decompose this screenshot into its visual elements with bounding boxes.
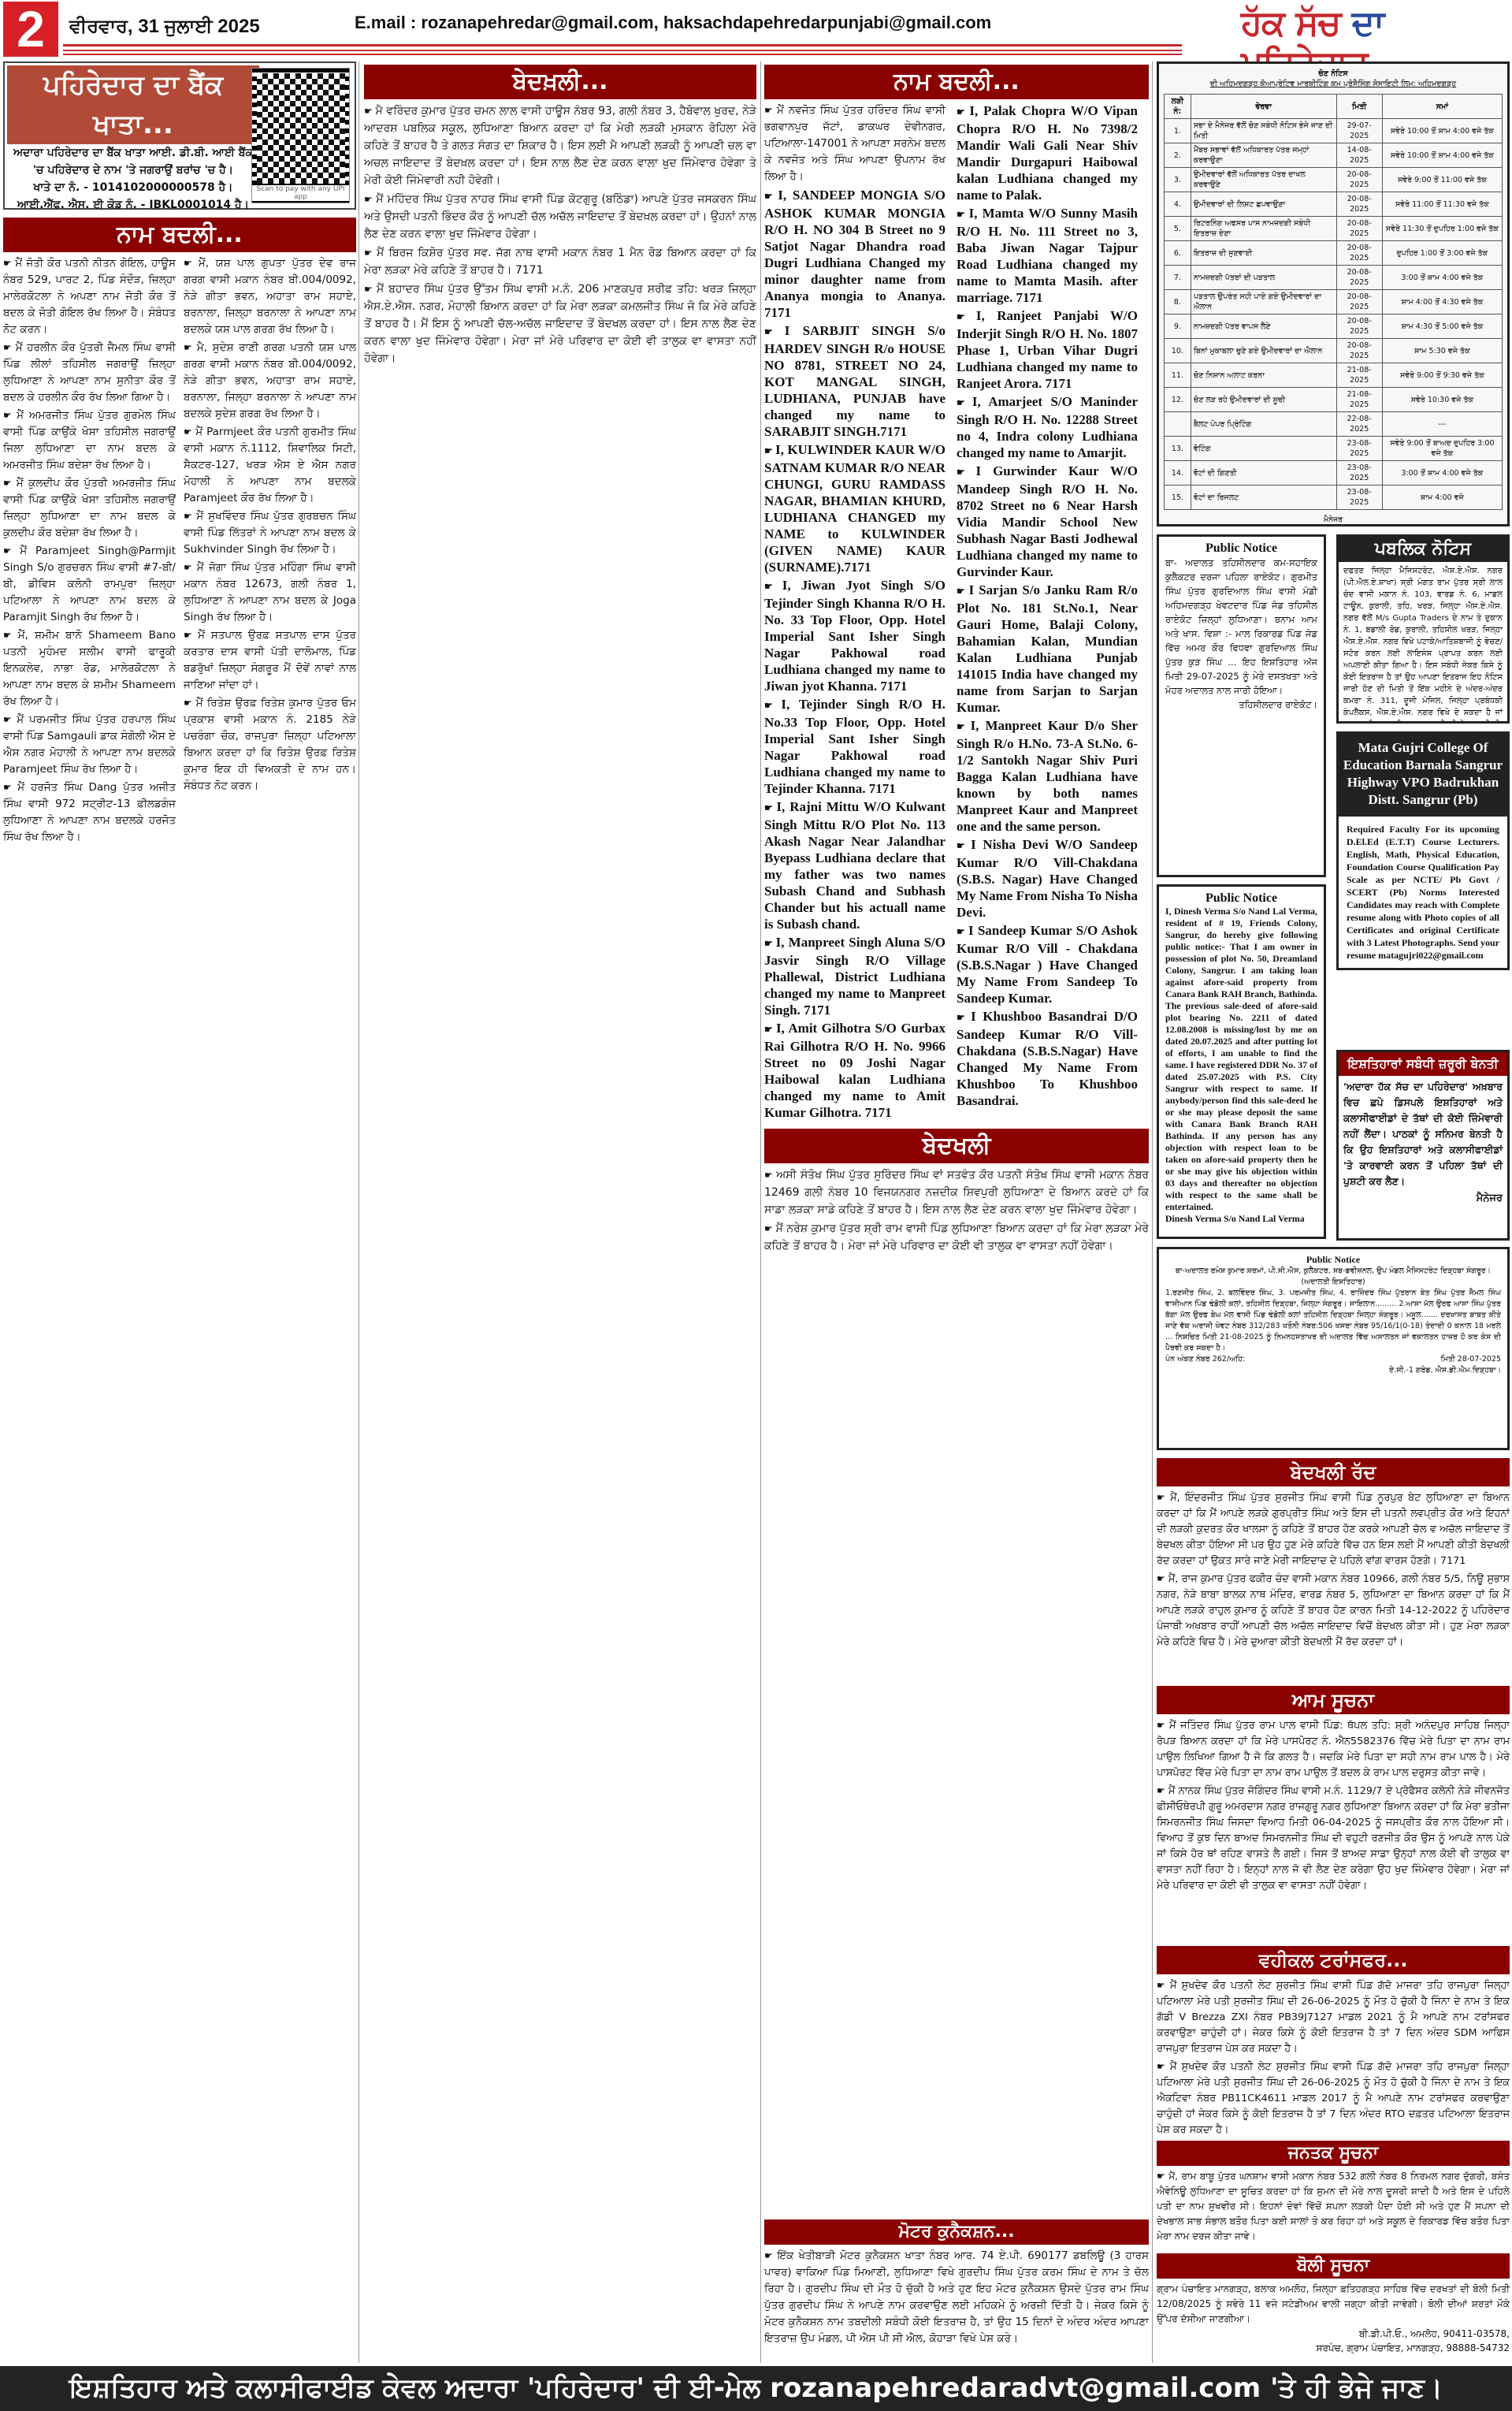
college-ad-text: Required Faculty For its upcoming D.El.E… [1336,817,1510,970]
notice-item: ਮੈਂ ਹਰਲੀਨ ਕੌਰ ਪੁੱਤਰੀ ਜੈਮਲ ਸਿੰਘ ਵਾਸੀ ਪਿੰਡ… [3,340,176,406]
table-cell: ਚੋਣ ਲੜ ਰਹੇ ਉਮੀਦਵਾਰਾਂ ਦੀ ਸੂਚੀ [1191,388,1336,412]
bank-box-title: ਪਹਿਰੇਦਾਰ ਦਾ ਬੈਂਕ ਖਾਤਾ... [7,65,259,144]
notice-item: ਇੱਕ ਖੇਤੀਬਾੜੀ ਮੋਟਰ ਕੁਨੈਕਸ਼ਨ ਖਾਤਾ ਨੰਬਰ ਆਰ.… [764,2248,1149,2347]
notice-item: ਮੈਂ, ਰਾਜ ਕੁਮਾਰ ਪੁੱਤਰ ਫਕੀਰ ਚੰਦ ਵਾਸੀ ਮਕਾਨ … [1157,1571,1510,1650]
reference-number: ਪੰਨ ਅੰਕਣ ਨੰਬਰ 262/ਅਹਿ: [1165,1354,1245,1365]
eviction-section: ਬੇਦਖ਼ਲੀ... ਮੈ ਵਰਿੰਦਰ ਕੁਮਾਰ ਪੁੱਤਰ ਚਮਨ ਲਾਲ… [364,61,756,2357]
notice-item: ਮੈਂ, ਯਸ਼ ਪਾਲ ਗੁਪਤਾ ਪੁੱਤਰ ਦੇਵ ਰਾਜ ਗਰਗ ਵਾਸ… [184,255,356,338]
name-change-right-section: ਨਾਮ ਬਦਲੀ... ਮੈਂ ਨਵਜੋਤ ਸਿੰਘ ਪੁੱਤਰ ਹਰਿੰਦਰ … [764,61,1149,1159]
name-change-col-2: I, Palak Chopra W/O Vipan Chopra R/O H. … [957,102,1138,1159]
notice-item: ਮੈਂ ਜੋਤੀ ਕੌਰ ਪਤਨੀ ਨੀਤਨ ਗੋਇਲ, ਹਾਊਸ ਨੰਬਰ 5… [3,255,176,338]
ifsc-code: ਆਈ.ਐੱਫ. ਐਸ. ਈ ਕੋਡ ਨੰ. - IBKL0001014 ਹੈ। [7,196,259,214]
footer-banner: ਇਸ਼ਤਿਹਾਰ ਅਤੇ ਕਲਾਸੀਫਾਈਡ ਕੇਵਲ ਅਦਾਰਾ 'ਪਹਿਰੇ… [0,2366,1512,2411]
table-cell: 2. [1165,143,1191,168]
election-notice-title: ਚੋਣ ਨੋਟਿਸ [1164,69,1503,79]
table-cell: 15. [1165,486,1191,510]
section-header: ਬੇਦਖਲੀ ਰੱਦ [1157,1458,1510,1486]
court-name: ਬਾ-ਅਦਾਲਤ ਰਮੇਸ਼ ਕੁਮਾਰ ਸ਼ਰਮਾਂ, ਪੀ.ਸੀ.ਐਸ, ਕ… [1165,1266,1501,1277]
election-notice-org: ਦੀ ਅਹਿਮਦਗੜ੍ਹ ਕੋਆਪ੍ਰੇਟਿਵ ਮਾਰਕੀਟਿੰਗ ਕਮ ਪ੍ਰ… [1164,79,1503,89]
table-cell: 20-08-2025 [1336,217,1382,241]
table-row: 6.ਇਤਰਾਜ਼ ਦੀ ਸੁਣਵਾਈ20-08-2025ਦੁਪਹਿਰ 1:00 … [1165,241,1503,266]
table-cell: 4. [1165,192,1191,217]
notice-signature: Dinesh Verma S/o Nand Lal Verma [1165,1213,1317,1225]
notice-item: I, Tejinder Singh R/O H. No.33 Top Floor… [764,696,945,797]
section-header: ਨਾਮ ਬਦਲੀ... [3,218,356,252]
section-header: ਬੇਦਖ਼ਲੀ... [364,65,756,99]
college-ad-title: Mata Gujri College Of Education Barnala … [1336,731,1510,817]
table-row: 1.ਸਭਾ ਦੇ ਮੈਨੇਜਰ ਵੱਲੋਂ ਚੋਣ ਸਬੰਧੀ ਨੋਟਿਸ ਭੇ… [1165,119,1503,143]
table-cell [1165,412,1191,437]
table-cell: 10. [1165,339,1191,363]
table-cell: ਬਿਨਾਂ ਮੁਕਾਬਲਾ ਚੁਣੇ ਗਏ ਉਮੀਦਵਾਰਾਂ ਦਾ ਐਲਾਨ [1191,339,1336,363]
notice-item: I, Manpreet Kaur D/o Sher Singh R/o H.No… [957,717,1138,835]
motor-connection-section: ਮੋਟਰ ਕੁਨੈਕਸ਼ਨ... ਇੱਕ ਖੇਤੀਬਾੜੀ ਮੋਟਰ ਕੁਨੈਕ… [764,2216,1149,2349]
column-divider [1152,61,1153,2363]
qr-caption: Scan to pay with any UPI app [252,185,349,201]
notice-item: I, Rajni Mittu W/O Kulwant Singh Mittu R… [764,798,945,932]
header-rule [63,44,1182,55]
table-row: 3.ਉਮੀਦਵਾਰਾਂ ਵੱਲੋਂ ਅਧਿਕਾਰਤ ਪੱਤਰ ਦਾਖਲ ਕਰਵਾ… [1165,168,1503,192]
notice-item: I, Ranjeet Panjabi W/O Inderjit Singh R/… [957,307,1138,392]
motor-list: ਇੱਕ ਖੇਤੀਬਾੜੀ ਮੋਟਰ ਕੁਨੈਕਸ਼ਨ ਖਾਤਾ ਨੰਬਰ ਆਰ.… [764,2248,1149,2349]
logo-text-left: ਹੱਕ ਸੱਚ [1241,3,1340,43]
eviction-cancel-section: ਬੇਦਖਲੀ ਰੱਦ ਮੈਂ, ਇੰਦਰਜੀਤ ਸਿੰਘ ਪੁੱਤਰ ਸੁਰਜੀ… [1157,1455,1510,1652]
account-number: ਖਾਤੇ ਦਾ ਨੰ. - 1014102000000578 ਹੈ। [7,179,259,196]
notice-item: ਮੈਂ ਅਮਰਜੀਤ ਸਿੰਘ ਪੁੱਤਰ ਗੁਰਮੇਲ ਸਿੰਘ ਵਾਸੀ ਪ… [3,407,176,474]
notice-item: I Gurwinder Kaur W/O Mandeep Singh R/O H… [957,463,1138,580]
page-number: 2 [3,2,58,57]
table-cell: ਦੁਪਹਿਰ 1:00 ਤੋਂ 3:00 ਵਜੇ ਤੱਕ [1382,241,1502,266]
table-cell: ਸਵੇਰੇ 9:00 ਤੋਂ 11:00 ਵਜੇ ਤੱਕ [1382,168,1502,192]
college-ad: Mata Gujri College Of Education Barnala … [1336,731,1510,1043]
table-row: 9.ਨਾਮਜ਼ਦਗੀ ਪੱਤਰ ਵਾਪਸ ਲੈਣੇ20-08-2025ਸ਼ਾਮ … [1165,314,1503,339]
table-cell: ਸਵੇਰੇ 9:00 ਤੋਂ ਬਾਅਦ ਦੁਪਹਿਰ 3:00 ਵਜੇ ਤੱਕ [1382,437,1502,461]
notice-item: ਮੈ ਵਰਿੰਦਰ ਕੁਮਾਰ ਪੁੱਤਰ ਚਮਨ ਲਾਲ ਵਾਸੀ ਹਾਊਸ … [364,102,756,189]
table-cell: 20-08-2025 [1336,266,1382,290]
notice-signature: ਤਹਿਸੀਲਦਾਰ ਰਾਏਕੋਟ। [1165,698,1317,712]
vehicle-transfer-section: ਵਹੀਕਲ ਟਰਾਂਸਫਰ... ਮੈਂ ਸੁਖਦੇਵ ਕੌਰ ਪਤਨੀ ਲੇਟ… [1157,1943,1510,2140]
table-row: ਬੈਲਟ ਪੇਪਰ ਪ੍ਰਿੰਟਿੰਗ22-08-2025--- [1165,412,1503,437]
notice-item: ਮੈਂ Parmjeet ਕੌਰ ਪਤਨੀ ਗੁਰਮੀਤ ਸਿੰਘ ਵਾਸੀ ਮ… [184,424,356,507]
eviction-right-section: ਬੇਦਖਲੀ ਅਸੀ ਸੰਤੋਖ ਸਿੰਘ ਪੁੱਤਰ ਸੁਰਿੰਦਰ ਸਿੰਘ… [764,1126,1149,2175]
table-cell: --- [1382,412,1502,437]
eviction-cancel-list: ਮੈਂ, ਇੰਦਰਜੀਤ ਸਿੰਘ ਪੁੱਤਰ ਸੁਰਜੀਤ ਸਿੰਘ ਵਾਸੀ… [1157,1490,1510,1652]
column-divider [358,61,359,2363]
notice-title: ਪਬਲਿਕ ਨੋਟਿਸ [1339,537,1507,562]
notice-item: ਮੈਂ ਜਤਿੰਦਰ ਸਿੰਘ ਪੁੱਤਰ ਰਾਮ ਪਾਲ ਵਾਸੀ ਪਿੰਡ:… [1157,1717,1510,1781]
table-row: 5.ਰਿਟਰਨਿੰਗ ਅਫਸਰ ਪਾਸ ਨਾਮਜ਼ਦਗੀ ਸਬੰਧੀ ਇਤਰਾਜ… [1165,217,1503,241]
notice-item: ਮੈਂ ਜੋਗਾ ਸਿੰਘ ਪੁੱਤਰ ਮਹਿੰਗਾ ਸਿੰਘ ਵਾਸੀ ਮਕਾ… [184,560,356,626]
table-cell: 1. [1165,119,1191,143]
signoff: ਮੈਨੇਜਰ [1339,1192,1507,1204]
notice-item: I, Mamta W/O Sunny Masih R/O H. No. 111 … [957,205,1138,306]
table-row: 13.ਵੋਟਿੰਗ23-08-2025ਸਵੇਰੇ 9:00 ਤੋਂ ਬਾਅਦ ਦ… [1165,437,1503,461]
notice-item: ਮੈਂ ਸੁਖਦੇਵ ਕੌਰ ਪਤਨੀ ਲੇਟ ਸੁਰਜੀਤ ਸਿੰਘ ਵਾਸੀ… [1157,2059,1510,2138]
table-cell: ਵੋਟਿੰਗ [1191,437,1336,461]
table-cell: 5. [1165,217,1191,241]
eviction-list: ਅਸੀ ਸੰਤੋਖ ਸਿੰਘ ਪੁੱਤਰ ਸੁਰਿੰਦਰ ਸਿੰਘ ਵਾਂ ਸਤ… [764,1166,1149,2175]
table-cell: 23-08-2025 [1336,486,1382,510]
table-cell: 3:00 ਤੋਂ ਸ਼ਾਮ 4:00 ਵਜੇ ਤੱਕ [1382,266,1502,290]
table-cell: ਸ਼ਾਮ 4:00 ਤੋਂ 4:30 ਵਜੇ ਤੱਕ [1382,290,1502,314]
section-header: ਨਾਮ ਬਦਲੀ... [764,65,1149,99]
auction-text: ਗ੍ਰਾਮ ਪੰਚਾਇਤ ਮਾਨਗੜ੍ਹ, ਬਲਾਕ ਅਮਲੋਹ, ਜਿਲ੍ਹਾ… [1157,2282,1510,2327]
notice-item: I, Jiwan Jyot Singh S/O Tejinder Singh K… [764,577,945,694]
notice-title: Public Notice [1165,891,1317,906]
table-cell: 9. [1165,314,1191,339]
table-cell: 3:00 ਤੋਂ ਸ਼ਾਮ 4:00 ਵਜੇ ਤੱਕ [1382,461,1502,486]
table-cell: ਸ਼ਾਮ 4:30 ਤੋਂ 5:00 ਵਜੇ ਤੱਕ [1382,314,1502,339]
notice-item: ਮੈਂ ਨਵਜੋਤ ਸਿੰਘ ਪੁੱਤਰ ਹਰਿੰਦਰ ਸਿੰਘ ਵਾਸੀ ਭਗ… [764,102,945,185]
upi-qr-code[interactable]: Scan to pay with any UPI app [251,68,350,203]
notice-item: I, SANDEEP MONGIA S/O ASHOK KUMAR MONGIA… [764,187,945,321]
notice-item: ਮੈਂ, ਇੰਦਰਜੀਤ ਸਿੰਘ ਪੁੱਤਰ ਸੁਰਜੀਤ ਸਿੰਘ ਵਾਸੀ… [1157,1490,1510,1569]
table-cell: ਸਵੇਰੇ 11:00 ਤੋਂ 11:30 ਵਜੇ ਤੱਕ [1382,192,1502,217]
table-cell: ਸਵੇਰੇ 10:00 ਤੋਂ ਸ਼ਾਮ 4:00 ਵਜੇ ਤੱਕ [1382,143,1502,168]
section-header: ਬੇਦਖਲੀ [764,1129,1149,1163]
table-cell: 21-08-2025 [1336,363,1382,388]
notice-item: I Khushboo Basandrai D/O Sandeep Kumar R… [957,1008,1138,1109]
notice-item: I SARBJIT SINGH S/o HARDEV SINGH R/o HOU… [764,322,945,440]
table-header: ਸਮਾਂ [1382,95,1502,119]
table-cell: 7. [1165,266,1191,290]
notice-item: ਮੈਂ ਨਰੇਸ਼ ਕੁਮਾਰ ਪੁੱਤਰ ਸ਼੍ਰੀ ਰਾਮ ਵਾਸੀ ਪਿੰ… [764,1220,1149,1255]
table-cell: 22-08-2025 [1336,412,1382,437]
notice-item: I Sarjan S/o Janku Ram R/o Plot No. 181 … [957,582,1138,716]
table-cell: ਬੈਲਟ ਪੇਪਰ ਪ੍ਰਿੰਟਿੰਗ [1191,412,1336,437]
bank-account-box: ਪਹਿਰੇਦਾਰ ਦਾ ਬੈਂਕ ਖਾਤਾ... ਅਦਾਰਾ ਪਹਿਰੇਦਾਰ … [3,61,356,210]
public-notice-tehsildar: Public Notice ਬਾ- ਅਦਾਲਤ ਤਹਿਸੀਲਦਾਰ ਕਮ-ਸਹਾ… [1157,534,1326,877]
table-cell: ਮੈਂਬਰ ਸਭਾਵਾਂ ਵੱਲੋਂ ਅਧਿਕਾਰਤ ਪੱਤਰ ਜਮ੍ਹਾਂ ਕ… [1191,143,1336,168]
notice-item: ਮੈਂ Paramjeet Singh@Parmjit Singh S/o ਗੁ… [3,543,176,626]
table-cell: 20-08-2025 [1336,290,1382,314]
table-header: ਮਿਤੀ [1336,95,1382,119]
notice-item: I Nisha Devi W/O Sandeep Kumar R/O Vill-… [957,836,1138,921]
notice-item: I, Amarjeet S/O Maninder Singh R/O H. No… [957,393,1138,461]
issue-date: ਵੀਰਵਾਰ, 31 ਜੁਲਾਈ 2025 [69,16,260,38]
notice-item: I Sandeep Kumar S/O Ashok Kumar R/O Vill… [957,922,1138,1006]
public-notice-dinesh: Public Notice I, Dinesh Verma S/o Nand L… [1157,884,1326,1239]
notice-item: ਮੈਂ ਹਰਜੋਤ ਸਿੰਘ Dang ਪੁੱਤਰ ਅਜੀਤ ਸਿੰਘ ਵਾਸੀ… [3,779,176,846]
table-header: ਲੜੀ ਨੰ: [1165,95,1191,119]
table-row: 11.ਚੋਣ ਨਿਸ਼ਾਨ ਅਲਾਟ ਕਰਨਾ21-08-2025ਸਵੇਰੇ 9… [1165,363,1503,388]
notice-text: ਦਫਤਰ ਜਿਲ੍ਹਾ ਮੈਜਿਸਟਰੇਟ, ਐਸ.ਏ.ਐਸ. ਨਗਰ (ਪੀ.… [1339,562,1507,724]
table-cell: ਨਾਮਜ਼ਦਗੀ ਪੱਤਰਾਂ ਦੀ ਪੜਤਾਲ [1191,266,1336,290]
public-notice-punjabi: ਪਬਲਿਕ ਨੋਟਿਸ ਦਫਤਰ ਜਿਲ੍ਹਾ ਮੈਜਿਸਟਰੇਟ, ਐਸ.ਏ.… [1336,534,1510,724]
notice-item: ਮੈਂ, ਸ਼ਮੀਮ ਬਾਨੋ Shameem Bano ਪਤਨੀ ਮੁਹੰਮਦ… [3,627,176,710]
eviction-list: ਮੈ ਵਰਿੰਦਰ ਕੁਮਾਰ ਪੁੱਤਰ ਚਮਨ ਲਾਲ ਵਾਸੀ ਹਾਊਸ … [364,102,756,2357]
table-cell: 20-08-2025 [1336,314,1382,339]
masthead: 2 ਵੀਰਵਾਰ, 31 ਜੁਲਾਈ 2025 E.mail : rozanap… [0,0,1512,57]
name-change-left-section: ਨਾਮ ਬਦਲੀ... ਮੈਂ ਜੋਤੀ ਕੌਰ ਪਤਨੀ ਨੀਤਨ ਗੋਇਲ,… [3,214,356,2399]
table-cell: ਸਵੇਰੇ 10:00 ਤੋਂ ਸ਼ਾਮ 4:00 ਵਜੇ ਤੱਕ [1382,119,1502,143]
table-row: 4.ਉਮੀਦਵਾਰਾਂ ਦੀ ਲਿਸਟ ਛਪਵਾਉਣਾ20-08-2025ਸਵੇ… [1165,192,1503,217]
table-cell: ਵੋਟਾਂ ਦੀ ਗਿਣਤੀ [1191,461,1336,486]
notice-signature: ਏ.ਸੀ.-1 ਗਰੇਡ, ਐਸ.ਡੀ.ਐਮ.ਦਿੜ੍ਹਬਾ। [1165,1365,1501,1376]
public-info-list: ਮੈਂ, ਰਾਮ ਬਾਬੂ ਪੁੱਤਰ ਘਨਸ਼ਾਮ ਵਾਸੀ ਮਕਾਨ ਨੰਬ… [1157,2169,1510,2245]
table-row: 12.ਚੋਣ ਲੜ ਰਹੇ ਉਮੀਦਵਾਰਾਂ ਦੀ ਸੂਚੀ21-08-202… [1165,388,1503,412]
notice-item: I, Palak Chopra W/O Vipan Chopra R/O H. … [957,102,1138,203]
notice-date: ਮਿਤੀ 28-07-2025 [1441,1354,1501,1365]
public-info-section: ਜਨਤਕ ਸੂਚਨਾ ਮੈਂ, ਰਾਮ ਬਾਬੂ ਪੁੱਤਰ ਘਨਸ਼ਾਮ ਵਾ… [1157,2138,1510,2245]
notice-item: ਮੈਂ ਨਾਨਕ ਸਿੰਘ ਪੁੱਤਰ ਜੋਗਿੰਦਰ ਸਿੰਘ ਵਾਸੀ ਮ.… [1157,1783,1510,1894]
court-notice: Public Notice ਬਾ-ਅਦਾਲਤ ਰਮੇਸ਼ ਕੁਮਾਰ ਸ਼ਰਮਾ… [1157,1247,1510,1450]
contact-email[interactable]: E.mail : rozanapehredar@gmail.com, haksa… [355,13,991,33]
election-table-body: 1.ਸਭਾ ਦੇ ਮੈਨੇਜਰ ਵੱਲੋਂ ਚੋਣ ਸਬੰਧੀ ਨੋਟਿਸ ਭੇ… [1165,119,1503,510]
logo-khanda-icon: ਦਾ [1352,3,1384,43]
table-row: 8.ਪੜਤਾਲ ਉਪਰੰਤ ਸਹੀ ਪਾਏ ਗਏ ਉਮੀਦਵਾਰਾਂ ਦਾ ਐਲ… [1165,290,1503,314]
table-cell: 20-08-2025 [1336,241,1382,266]
table-cell: 29-07-2025 [1336,119,1382,143]
table-cell: 6. [1165,241,1191,266]
table-cell: ਸ਼ਾਮ 4:00 ਵਜੇ [1382,486,1502,510]
election-notice: ਚੋਣ ਨੋਟਿਸ ਦੀ ਅਹਿਮਦਗੜ੍ਹ ਕੋਆਪ੍ਰੇਟਿਵ ਮਾਰਕੀਟ… [1157,61,1510,526]
section-header: ਇਸ਼ਤਿਹਾਰਾਂ ਸਬੰਧੀ ਜ਼ਰੂਰੀ ਬੇਨਤੀ [1339,1052,1507,1076]
auction-info-section: ਬੋਲੀ ਸੂਚਨਾ ਗ੍ਰਾਮ ਪੰਚਾਇਤ ਮਾਨਗੜ੍ਹ, ਬਲਾਕ ਅਮ… [1157,2250,1510,2355]
notice-item: ਮੈ, ਸੁਦੇਸ਼ ਰਾਣੀ ਗਰਗ ਪਤਨੀ ਯਸ਼ ਪਾਲ ਗਰਗ ਵਾਸ… [184,340,356,422]
table-cell: ਰਿਟਰਨਿੰਗ ਅਫਸਰ ਪਾਸ ਨਾਮਜ਼ਦਗੀ ਸਬੰਧੀ ਇਤਰਾਜ਼ … [1191,217,1336,241]
notice-item: ਮੈਂ ਕੁਲਦੀਪ ਕੌਰ ਪੁੱਤਰੀ ਅਮਰਜੀਤ ਸਿੰਘ ਵਾਸੀ ਪ… [3,475,176,541]
table-cell: ਸਭਾ ਦੇ ਮੈਨੇਜਰ ਵੱਲੋਂ ਚੋਣ ਸਬੰਧੀ ਨੋਟਿਸ ਭੇਜੇ… [1191,119,1336,143]
name-change-col-1: ਮੈਂ ਜੋਤੀ ਕੌਰ ਪਤਨੀ ਨੀਤਨ ਗੋਇਲ, ਹਾਊਸ ਨੰਬਰ 5… [3,255,176,2399]
table-row: 7.ਨਾਮਜ਼ਦਗੀ ਪੱਤਰਾਂ ਦੀ ਪੜਤਾਲ20-08-20253:00… [1165,266,1503,290]
bank-line: ਅਦਾਰਾ ਪਹਿਰੇਦਾਰ ਦਾ ਬੈਂਕ ਖਾਤਾ ਆਈ. ਡੀ.ਬੀ. ਆ… [7,144,259,179]
table-cell: 21-08-2025 [1336,388,1382,412]
notice-item: ਮੈਂ ਪਰਮਜੀਤ ਸਿੰਘ ਪੁੱਤਰ ਹਰਪਾਲ ਸਿੰਘ ਵਾਸੀ ਪਿ… [3,712,176,778]
advert-request-box: ਇਸ਼ਤਿਹਾਰਾਂ ਸਬੰਧੀ ਜ਼ਰੂਰੀ ਬੇਨਤੀ 'ਅਦਾਰਾ ਹੱਕ… [1336,1050,1510,1241]
table-cell: 14-08-2025 [1336,143,1382,168]
notice-item: ਮੈਂ ਬਹਾਦਰ ਸਿੰਘ ਪੁੱਤਰ ਉੱਤਮ ਸਿੰਘ ਵਾਸੀ ਮ.ਨੰ… [364,281,756,367]
table-cell: ਉਮੀਦਵਾਰਾਂ ਵੱਲੋਂ ਅਧਿਕਾਰਤ ਪੱਤਰ ਦਾਖਲ ਕਰਵਾਉਣ… [1191,168,1336,192]
section-header: ਵਹੀਕਲ ਟਰਾਂਸਫਰ... [1157,1946,1510,1974]
table-cell: ਪੜਤਾਲ ਉਪਰੰਤ ਸਹੀ ਪਾਏ ਗਏ ਉਮੀਦਵਾਰਾਂ ਦਾ ਐਲਾਨ [1191,290,1336,314]
notice-item: I, Amit Gilhotra S/O Gurbax Rai Gilhotra… [764,1020,945,1121]
notice-title: Public Notice [1165,1254,1501,1266]
notice-item: ਮੈਂ ਸੁਖਵਿੰਦਰ ਸਿੰਘ ਪੁੱਤਰ ਗੁਰਬਚਨ ਸਿੰਘ ਵਾਸੀ… [184,508,356,558]
table-cell: 20-08-2025 [1336,168,1382,192]
notice-text: ਬਾ- ਅਦਾਲਤ ਤਹਿਸੀਲਦਾਰ ਕਮ-ਸਹਾਇਕ ਕੁਲੈਕਟਰ ਦਰਜ… [1165,556,1317,698]
table-cell: 23-08-2025 [1336,461,1382,486]
section-header: ਜਨਤਕ ਸੂਚਨਾ [1157,2141,1510,2166]
notice-title: Public Notice [1165,541,1317,556]
bank-box-text: ਅਦਾਰਾ ਪਹਿਰੇਦਾਰ ਦਾ ਬੈਂਕ ਖਾਤਾ ਆਈ. ਡੀ.ਬੀ. ਆ… [7,144,259,214]
section-header: ਮੋਟਰ ਕੁਨੈਕਸ਼ਨ... [764,2219,1149,2245]
advert-request-text: 'ਅਦਾਰਾ ਹੱਕ ਸੱਚ ਦਾ ਪਹਿਰੇਦਾਰ' ਅਖ਼ਬਾਰ ਵਿਚ ਛ… [1339,1076,1507,1192]
table-cell: 20-08-2025 [1336,192,1382,217]
table-cell: ਨਾਮਜ਼ਦਗੀ ਪੱਤਰ ਵਾਪਸ ਲੈਣੇ [1191,314,1336,339]
notice-text: I, Dinesh Verma S/o Nand Lal Verma, resi… [1165,906,1317,1213]
contact-bdpo: ਬੀ.ਡੀ.ਪੀ.ਓ., ਅਮਲੋਹ, 90411-03578, [1157,2327,1510,2341]
election-schedule-table: ਲੜੀ ਨੰ: ਵੇਰਵਾ ਮਿਤੀ ਸਮਾਂ 1.ਸਭਾ ਦੇ ਮੈਨੇਜਰ … [1164,94,1503,510]
notice-text: 1.ਰਣਜੀਤ ਸਿੰਘ, 2. ਬਲਵਿੰਦਰ ਸਿੰਘ, 3. ਪਰਮਜੀਤ… [1165,1288,1501,1354]
table-cell: ਸਵੇਰੇ 10:30 ਵਜੇ ਤੱਕ [1382,388,1502,412]
notice-item: I, Manpreet Singh Aluna S/O Jasvir Singh… [764,934,945,1018]
notice-item: ਮੈਂ ਮਹਿੰਦਰ ਸਿੰਘ ਪੁੱਤਰ ਨਾਹਰ ਸਿੰਘ ਵਾਸੀ ਪਿੰ… [364,191,756,243]
notice-item: ਅਸੀ ਸੰਤੋਖ ਸਿੰਘ ਪੁੱਤਰ ਸੁਰਿੰਦਰ ਸਿੰਘ ਵਾਂ ਸਤ… [764,1166,1149,1219]
notice-item: I, KULWINDER KAUR W/O SATNAM KUMAR R/O N… [764,441,945,575]
table-cell: 13. [1165,437,1191,461]
notice-item: ਮੈਂ, ਰਾਮ ਬਾਬੂ ਪੁੱਤਰ ਘਨਸ਼ਾਮ ਵਾਸੀ ਮਕਾਨ ਨੰਬ… [1157,2169,1510,2244]
notice-item: ਮੈਂ ਬਿਰਜ ਕਿਸ਼ੋਰ ਪੁੱਤਰ ਸਵ. ਜੱਗ ਨਾਥ ਵਾਸੀ ਮ… [364,244,756,279]
table-row: 10.ਬਿਨਾਂ ਮੁਕਾਬਲਾ ਚੁਣੇ ਗਏ ਉਮੀਦਵਾਰਾਂ ਦਾ ਐਲ… [1165,339,1503,363]
table-cell: 11. [1165,363,1191,388]
table-row: 14.ਵੋਟਾਂ ਦੀ ਗਿਣਤੀ23-08-20253:00 ਤੋਂ ਸ਼ਾਮ… [1165,461,1503,486]
name-change-col-2: ਮੈਂ, ਯਸ਼ ਪਾਲ ਗੁਪਤਾ ਪੁੱਤਰ ਦੇਵ ਰਾਜ ਗਰਗ ਵਾਸ… [184,255,356,2399]
table-row: 15.ਵੋਟਾਂ ਦਾ ਰਿਜਲਟ23-08-2025ਸ਼ਾਮ 4:00 ਵਜੇ [1165,486,1503,510]
vehicle-transfer-list: ਮੈਂ ਸੁਖਦੇਵ ਕੌਰ ਪਤਨੀ ਲੇਟ ਸੁਰਜੀਤ ਸਿੰਘ ਵਾਸੀ… [1157,1978,1510,2140]
table-row: 2.ਮੈਂਬਰ ਸਭਾਵਾਂ ਵੱਲੋਂ ਅਧਿਕਾਰਤ ਪੱਤਰ ਜਮ੍ਹਾਂ… [1165,143,1503,168]
table-cell: ਸਵੇਰੇ 9:00 ਤੋਂ 9:30 ਵਜੇ ਤੱਕ [1382,363,1502,388]
table-cell: 12. [1165,388,1191,412]
section-header: ਆਮ ਸੂਚਨਾ [1157,1686,1510,1714]
table-cell: ਸਵੇਰੇ 11:30 ਤੋਂ ਦੁਪਹਿਰ 1:00 ਵਜੇ ਤੱਕ [1382,217,1502,241]
signoff: ਮੈਨੇਜਰ [1164,515,1503,525]
table-cell: ਸ਼ਾਮ 5:30 ਵਜੇ ਤੱਕ [1382,339,1502,363]
table-cell: 3. [1165,168,1191,192]
qr-code-icon [257,73,345,184]
table-cell: ਚੋਣ ਨਿਸ਼ਾਨ ਅਲਾਟ ਕਰਨਾ [1191,363,1336,388]
name-change-col-1: ਮੈਂ ਨਵਜੋਤ ਸਿੰਘ ਪੁੱਤਰ ਹਰਿੰਦਰ ਸਿੰਘ ਵਾਸੀ ਭਗ… [764,102,945,1159]
table-cell: 23-08-2025 [1336,437,1382,461]
general-info-list: ਮੈਂ ਜਤਿੰਦਰ ਸਿੰਘ ਪੁੱਤਰ ਰਾਮ ਪਾਲ ਵਾਸੀ ਪਿੰਡ:… [1157,1717,1510,1896]
section-header: ਬੋਲੀ ਸੂਚਨਾ [1157,2253,1510,2279]
table-cell: 8. [1165,290,1191,314]
notice-item: ਮੈਂ ਰਿਤੇਸ਼ ਉਰਫ਼ ਰਿਤੇਸ਼ ਕੁਮਾਰ ਪੁੱਤਰ ਓਮ ਪ੍… [184,695,356,794]
notice-subtitle: (ਅਦਾਲਤੀ ਇਸ਼ਤਿਹਾਰ) [1165,1277,1501,1288]
table-cell: 14. [1165,461,1191,486]
table-cell: ਉਮੀਦਵਾਰਾਂ ਦੀ ਲਿਸਟ ਛਪਵਾਉਣਾ [1191,192,1336,217]
general-info-section: ਆਮ ਸੂਚਨਾ ਮੈਂ ਜਤਿੰਦਰ ਸਿੰਘ ਪੁੱਤਰ ਰਾਮ ਪਾਲ ਵ… [1157,1683,1510,1896]
contact-sarpanch: ਸਰਪੰਚ, ਗ੍ਰਾਮ ਪੰਚਾਇਤ, ਮਾਨਗੜ੍ਹ, 98888-5473… [1157,2341,1510,2355]
table-cell: ਇਤਰਾਜ਼ ਦੀ ਸੁਣਵਾਈ [1191,241,1336,266]
table-cell: 20-08-2025 [1336,339,1382,363]
notice-item: ਮੈਂ ਸਤਪਾਲ ਉਰਫ਼ ਸਤਪਾਲ ਦਾਸ ਪੁੱਤਰ ਕਰਤਾਰ ਦਾਸ… [184,627,356,694]
table-cell: ਵੋਟਾਂ ਦਾ ਰਿਜਲਟ [1191,486,1336,510]
notice-item: ਮੈਂ ਸੁਖਦੇਵ ਕੌਰ ਪਤਨੀ ਲੇਟ ਸੁਰਜੀਤ ਸਿੰਘ ਵਾਸੀ… [1157,1978,1510,2057]
table-header: ਵੇਰਵਾ [1191,95,1336,119]
column-divider [760,61,761,2363]
